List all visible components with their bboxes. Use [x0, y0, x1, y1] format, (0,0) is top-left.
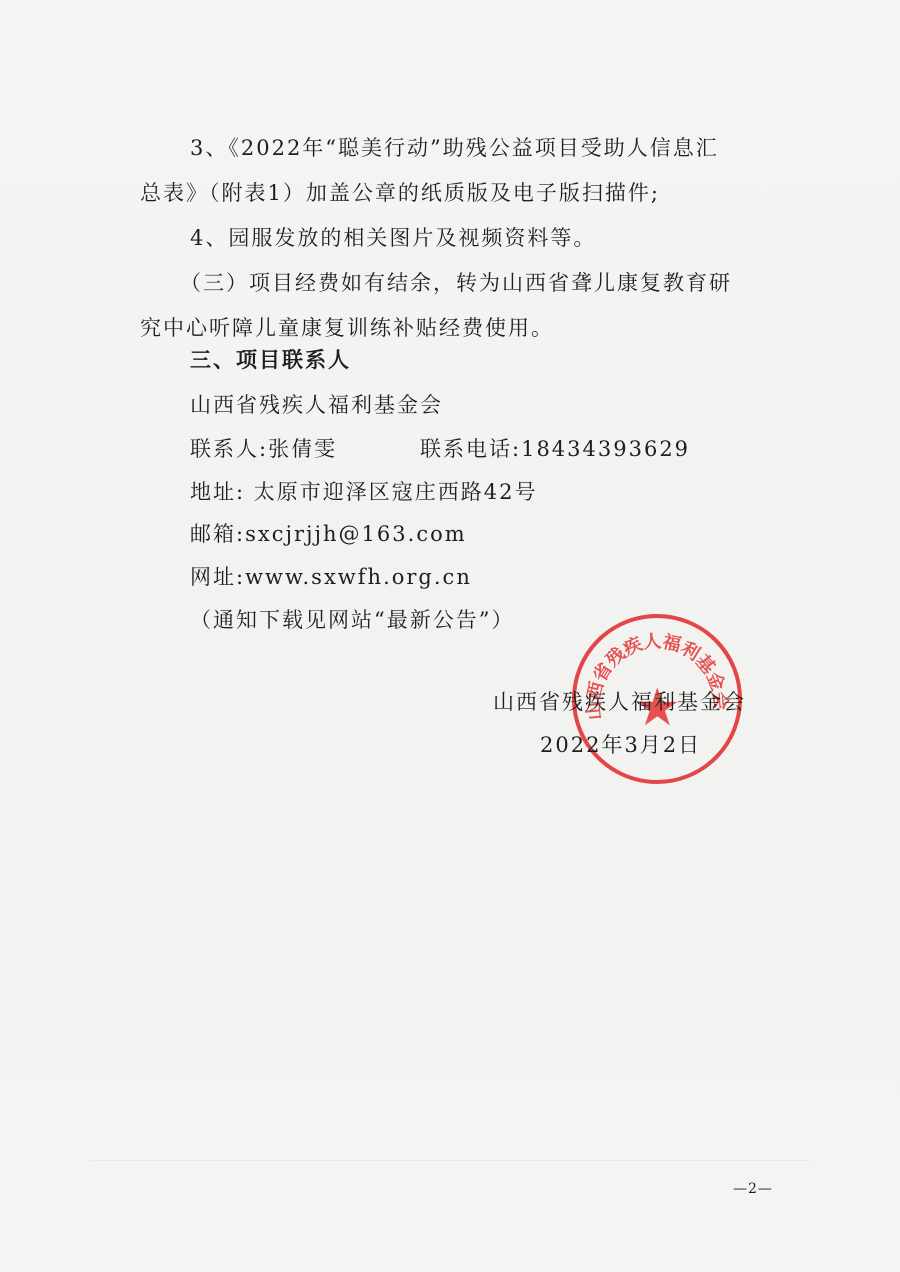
download-note: （通知下载见网站“最新公告”）	[190, 606, 514, 634]
contact-person-label: 联系人:	[190, 437, 268, 461]
paragraph-section3-line1: （三）项目经费如有结余，转为山西省聋儿康复教育研	[180, 269, 732, 297]
contact-phone-label: 联系电话:	[420, 437, 521, 461]
page-number: —2—	[733, 1181, 773, 1197]
contact-person-name: 张倩雯	[268, 437, 337, 461]
contact-address-label: 地址:	[190, 480, 245, 504]
contact-email: sxcjrjjh@163.com	[245, 522, 467, 546]
contact-website-row: 网址:www.sxwfh.org.cn	[190, 563, 472, 591]
contact-website-label: 网址:	[190, 565, 245, 589]
scan-artifact-line	[90, 1160, 810, 1161]
paragraph-item3-line2: 总表》（附表1）加盖公章的纸质版及电子版扫描件;	[140, 179, 660, 207]
paragraph-item3-line1: 3、《2022年“聪美行动”助残公益项目受助人信息汇	[190, 134, 719, 162]
document-page: 3、《2022年“聪美行动”助残公益项目受助人信息汇 总表》（附表1）加盖公章的…	[0, 0, 900, 1272]
contact-website: www.sxwfh.org.cn	[245, 565, 472, 589]
contact-email-row: 邮箱:sxcjrjjh@163.com	[190, 520, 467, 548]
contact-email-label: 邮箱:	[190, 522, 245, 546]
paragraph-section3-line2: 究中心听障儿童康复训练补贴经费使用。	[140, 314, 554, 342]
contact-person-row: 联系人:张倩雯	[190, 435, 337, 463]
contact-address-row: 地址: 太原市迎泽区寇庄西路42号	[190, 478, 538, 506]
contact-organization: 山西省残疾人福利基金会	[190, 391, 443, 419]
paragraph-item4: 4、园服发放的相关图片及视频资料等。	[190, 224, 596, 252]
contact-heading: 三、项目联系人	[190, 346, 351, 374]
contact-phone: 18434393629	[521, 437, 690, 461]
signature-date: 2022年3月2日	[540, 731, 701, 759]
contact-phone-row: 联系电话:18434393629	[420, 435, 690, 463]
contact-address: 太原市迎泽区寇庄西路42号	[254, 480, 538, 504]
signature-organization: 山西省残疾人福利基金会	[493, 688, 746, 716]
